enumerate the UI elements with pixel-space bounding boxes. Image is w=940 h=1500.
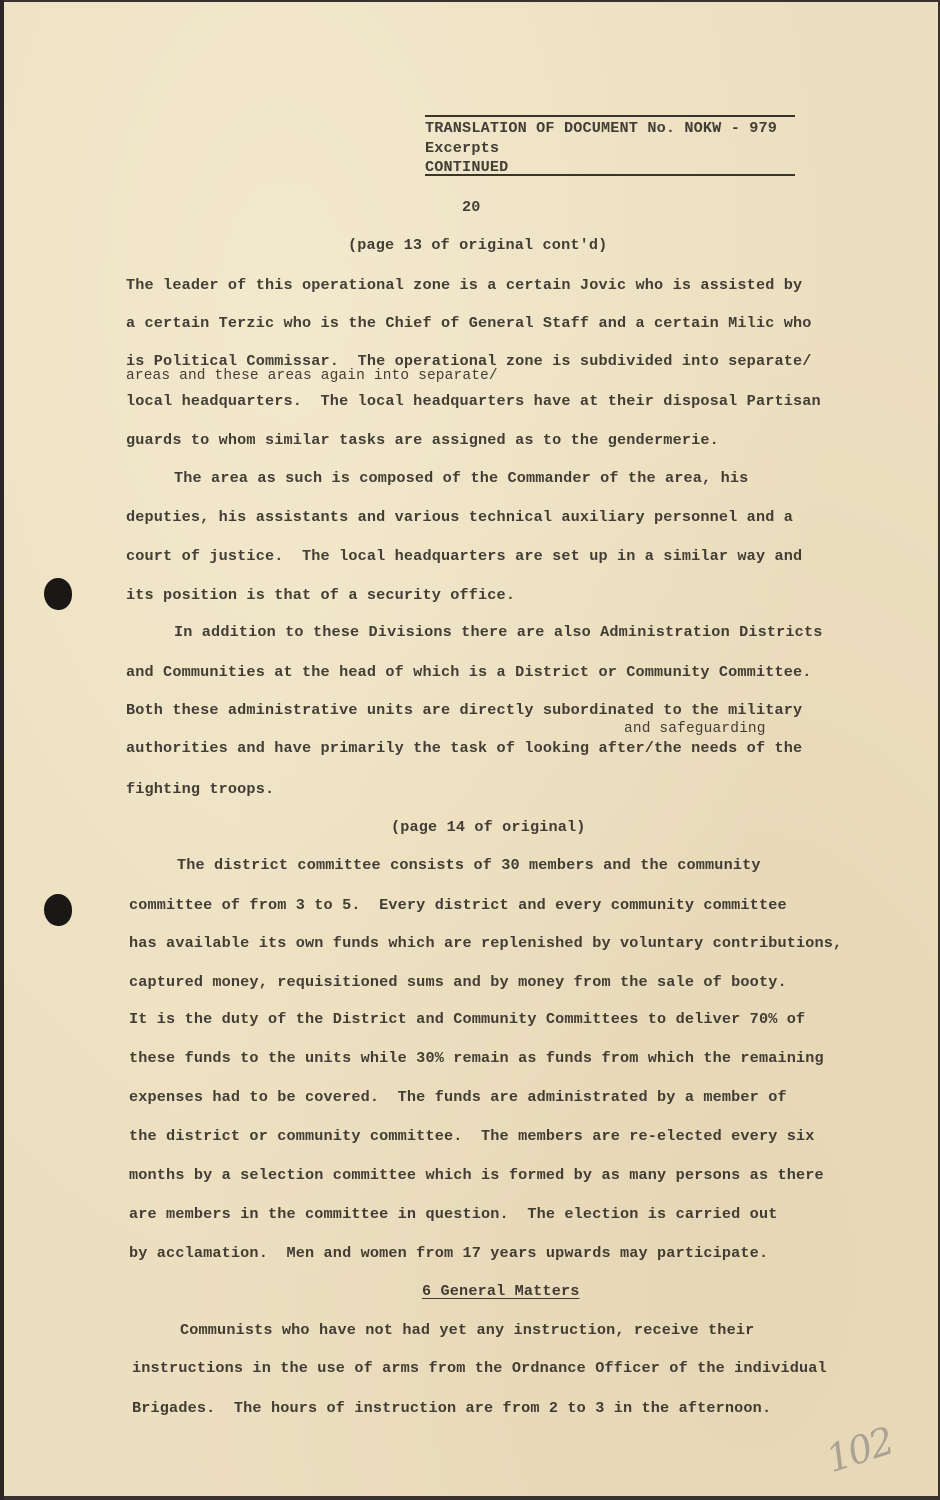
handwritten-folio-number: 102 (821, 1419, 898, 1481)
text-line: by acclamation. Men and women from 17 ye… (129, 1244, 768, 1262)
text-line: committee of from 3 to 5. Every district… (129, 896, 787, 914)
section-marker-page-14: (page 14 of original) (391, 818, 586, 836)
text-line: expenses had to be covered. The funds ar… (129, 1088, 787, 1106)
text-line: In addition to these Divisions there are… (174, 623, 822, 641)
text-line: authorities and have primarily the task … (126, 739, 802, 757)
text-line: The area as such is composed of the Comm… (174, 469, 748, 487)
text-line: Brigades. The hours of instruction are f… (132, 1399, 771, 1417)
header-top-rule (425, 115, 795, 117)
text-line: the district or community committee. The… (129, 1127, 815, 1145)
header-bottom-rule (425, 174, 795, 176)
text-line: Both these administrative units are dire… (126, 701, 802, 719)
text-line: local headquarters. The local headquarte… (126, 392, 821, 410)
section-heading: 6 General Matters (422, 1282, 580, 1300)
text-line: fighting troops. (126, 780, 274, 798)
section-marker-page-13: (page 13 of original cont'd) (348, 236, 607, 254)
text-line: months by a selection committee which is… (129, 1166, 824, 1184)
page-number: 20 (462, 198, 481, 216)
text-line: captured money, requisitioned sums and b… (129, 973, 787, 991)
text-line: instructions in the use of arms from the… (132, 1359, 827, 1377)
punch-hole (44, 894, 72, 926)
text-line: The district committee consists of 30 me… (177, 856, 761, 874)
text-line: has available its own funds which are re… (129, 934, 842, 952)
text-line: and Communities at the head of which is … (126, 663, 812, 681)
text-line-insertion: and safeguarding (624, 721, 766, 737)
text-line: court of justice. The local headquarters… (126, 547, 802, 565)
text-line-insertion: areas and these areas again into separat… (126, 368, 498, 384)
text-line: its position is that of a security offic… (126, 586, 515, 604)
text-line: guards to whom similar tasks are assigne… (126, 431, 719, 449)
document-subtitle: Excerpts (425, 139, 499, 157)
text-line: It is the duty of the District and Commu… (129, 1010, 805, 1028)
text-line: The leader of this operational zone is a… (126, 276, 802, 294)
text-line: these funds to the units while 30% remai… (129, 1049, 824, 1067)
text-line: are members in the committee in question… (129, 1205, 777, 1223)
punch-hole (44, 578, 72, 610)
text-line: deputies, his assistants and various tec… (126, 508, 793, 526)
text-line: Communists who have not had yet any inst… (180, 1321, 754, 1339)
document-title: TRANSLATION OF DOCUMENT No. NOKW - 979 (425, 119, 777, 137)
text-line: a certain Terzic who is the Chief of Gen… (126, 314, 812, 332)
document-page: TRANSLATION OF DOCUMENT No. NOKW - 979 E… (4, 2, 938, 1496)
